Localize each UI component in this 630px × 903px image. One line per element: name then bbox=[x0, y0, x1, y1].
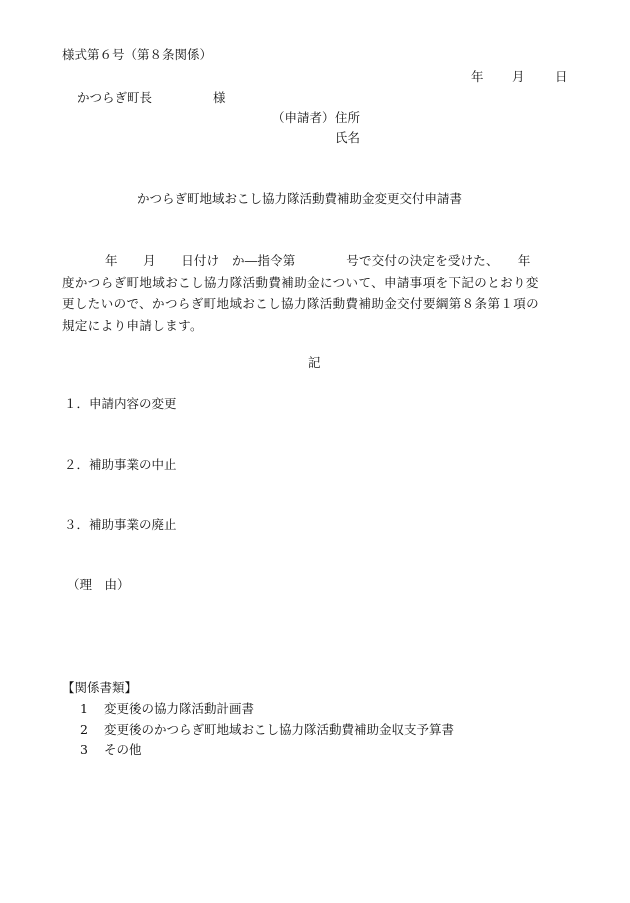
item-3: ３．補助事業の廃止 bbox=[64, 517, 177, 533]
item-2: ２．補助事業の中止 bbox=[64, 457, 177, 473]
body-line-1: 年 月 日付け か―指令第 号で交付の決定を受けた、 年 bbox=[105, 253, 531, 269]
name-label: 氏名 bbox=[335, 130, 360, 146]
related-docs-heading: 【関係書類】 bbox=[62, 680, 137, 696]
date-day: 日 bbox=[555, 69, 568, 85]
reason-label: （理 由） bbox=[67, 577, 130, 593]
document-title: かつらぎ町地域おこし協力隊活動費補助金変更交付申請書 bbox=[137, 191, 462, 207]
address-label: 住所 bbox=[335, 110, 360, 126]
related-doc-1-num: 1 bbox=[80, 701, 88, 717]
related-doc-3-num: 3 bbox=[80, 742, 88, 758]
related-doc-3-text: その他 bbox=[104, 742, 142, 758]
related-doc-2-num: 2 bbox=[80, 722, 88, 738]
body-line-2: 度かつらぎ町地域おこし協力隊活動費補助金について、申請事項を下記のとおり変 bbox=[62, 275, 539, 291]
related-doc-1-text: 変更後の協力隊活動計画書 bbox=[104, 701, 254, 717]
related-doc-2-text: 変更後のかつらぎ町地域おこし協力隊活動費補助金収支予算書 bbox=[104, 722, 454, 738]
applicant-label: （申請者） bbox=[272, 110, 335, 126]
addressee-name: かつらぎ町長 bbox=[77, 90, 152, 106]
item-1: １．申請内容の変更 bbox=[64, 396, 177, 412]
date-year: 年 bbox=[471, 69, 484, 85]
body-line-3: 更したいので、かつらぎ町地域おこし協力隊活動費補助金交付要綱第８条第１項の bbox=[62, 296, 539, 312]
body-line-4: 規定により申請します。 bbox=[62, 318, 203, 334]
date-month: 月 bbox=[512, 69, 525, 85]
addressee-honorific: 様 bbox=[213, 90, 226, 106]
form-number: 様式第６号（第８条関係） bbox=[62, 47, 212, 63]
ki-label: 記 bbox=[308, 355, 321, 371]
